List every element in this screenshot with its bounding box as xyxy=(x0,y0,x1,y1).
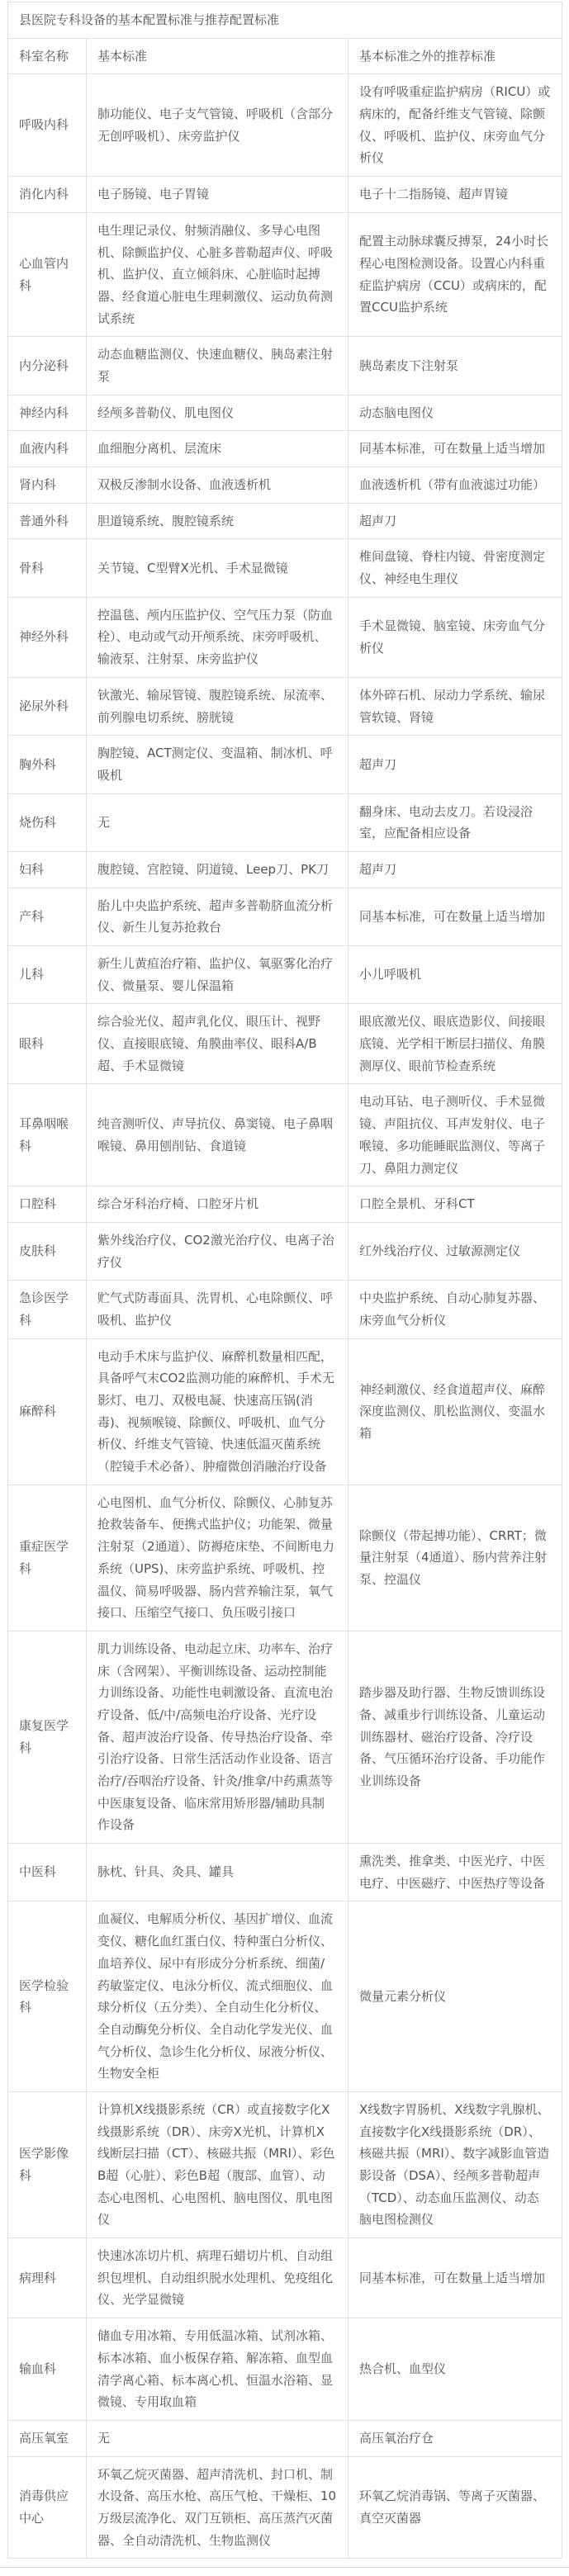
recommended-cell: 电子十二指肠镜、超声胃镜 xyxy=(349,177,562,213)
basic-cell: 综合牙科治疗椅、口腔牙片机 xyxy=(87,1186,349,1223)
table-row: 骨科 关节镜、C型臂X光机、手术显微镜 椎间盘镜、脊柱内镜、骨密度测定仪、神经电… xyxy=(8,539,562,597)
basic-cell: 心电图机、血气分析仪、除颤仪、心肺复苏抢救装备车、便携式监护仪；功能架、微量注射… xyxy=(87,1485,349,1631)
basic-cell: 快速冰冻切片机、病理石蜡切片机、自动组织包埋机、自动组织脱水处理机、免疫组化仪、… xyxy=(87,2238,349,2318)
dept-cell: 眼科 xyxy=(8,1004,87,1084)
table-row: 消化内科 电子肠镜、电子胃镜 电子十二指肠镜、超声胃镜 xyxy=(8,177,562,213)
table-body: 县医院专科设备的基本配置标准与推荐配置标准 科室名称 基本标准 基本标准之外的推… xyxy=(8,2,562,2559)
basic-cell: 胆道镜系统、腹腔镜系统 xyxy=(87,503,349,539)
recommended-cell: 血液透析机（带有血液滤过功能） xyxy=(349,467,562,504)
basic-cell: 贮气式防毒面具、洗胃机、心电除颤仪、呼吸机、监护仪 xyxy=(87,1281,349,1338)
dept-cell: 肾内科 xyxy=(8,467,87,504)
basic-cell: 环氧乙烷灭菌器、超声清洗机、封口机、制水设备、高压水枪、高压气枪、干燥柜、10万… xyxy=(87,2456,349,2559)
header-row: 科室名称 基本标准 基本标准之外的推荐标准 xyxy=(8,38,562,74)
recommended-cell: 熏洗类、推拿类、中医光疗、中医电疗、中医磁疗、中医热疗等设备 xyxy=(349,1844,562,1901)
table-row: 神经外科 控温毯、颅内压监护仪、空气压力泵（防血栓）、电动或气动开颅系统、床旁呼… xyxy=(8,597,562,677)
basic-cell: 血凝仪、电解质分析仪、基因扩增仪、血流变仪、糖化血红蛋白仪、特种蛋白分析仪、血培… xyxy=(87,1901,349,2092)
basic-cell: 无 xyxy=(87,793,349,851)
bottom-divider xyxy=(0,2567,569,2568)
recommended-cell: 除颤仪（带起搏功能）、CRRT；微量注射泵（4通道）、肠内营养注射泵、控温仪 xyxy=(349,1485,562,1631)
table-row: 内分泌科 动态血糖监测仪、快速血糖仪、胰岛素注射泵 胰岛素皮下注射泵 xyxy=(8,337,562,395)
recommended-cell: 超声刀 xyxy=(349,736,562,793)
dept-cell: 中医科 xyxy=(8,1844,87,1901)
dept-cell: 心血管内科 xyxy=(8,212,87,336)
recommended-cell: X线数字胃肠机、X线数字乳腺机、直接数字化X线摄影系统（DR）、核磁共振（MRI… xyxy=(349,2091,562,2237)
recommended-cell: 口腔全景机、牙科CT xyxy=(349,1186,562,1223)
dept-cell: 重症医学科 xyxy=(8,1485,87,1631)
dept-cell: 神经外科 xyxy=(8,597,87,677)
table-row: 康复医学科 肌力训练设备、电动起立床、功率车、治疗床（含网架）、平衡训练设备、运… xyxy=(8,1631,562,1843)
basic-cell: 脉枕、针具、灸具、罐具 xyxy=(87,1844,349,1901)
table-row: 产科 胎儿中央监护系统、超声多普勒脐血流分析仪、新生儿复苏抢救台 同基本标准，可… xyxy=(8,888,562,945)
dept-cell: 康复医学科 xyxy=(8,1631,87,1843)
recommended-cell: 椎间盘镜、脊柱内镜、骨密度测定仪、神经电生理仪 xyxy=(349,539,562,597)
table-row: 神经内科 经颅多普勒仪、肌电图仪 动态脑电图仪 xyxy=(8,395,562,431)
table-row: 医学影像科 计算机X线摄影系统（CR）或直接数字化X线摄影系统（DR）、床旁X光… xyxy=(8,2091,562,2237)
dept-cell: 泌尿外科 xyxy=(8,677,87,735)
equipment-table: 县医院专科设备的基本配置标准与推荐配置标准 科室名称 基本标准 基本标准之外的推… xyxy=(7,2,562,2559)
dept-cell: 耳鼻咽喉科 xyxy=(8,1084,87,1186)
table-row: 呼吸内科 肺功能仪、电子支气管镜、呼吸机（含部分无创呼吸机）、床旁监护仪 设有呼… xyxy=(8,74,562,177)
table-row: 医学检验科 血凝仪、电解质分析仪、基因扩增仪、血流变仪、糖化血红蛋白仪、特种蛋白… xyxy=(8,1901,562,2092)
table-row: 病理科 快速冰冻切片机、病理石蜡切片机、自动组织包埋机、自动组织脱水处理机、免疫… xyxy=(8,2238,562,2318)
table-row: 输血科 储血专用冰箱、专用低温冰箱、试剂冰箱、标本冰箱、血小板保存箱、解冻箱、血… xyxy=(8,2318,562,2421)
column-header-dept: 科室名称 xyxy=(8,38,87,74)
basic-cell: 储血专用冰箱、专用低温冰箱、试剂冰箱、标本冰箱、血小板保存箱、解冻箱、血型血清学… xyxy=(87,2318,349,2421)
table-row: 妇科 腹腔镜、宫腔镜、阴道镜、Leep刀、PK刀 超声刀 xyxy=(8,851,562,888)
basic-cell: 无 xyxy=(87,2420,349,2456)
dept-cell: 医学影像科 xyxy=(8,2091,87,2237)
dept-cell: 消毒供应中心 xyxy=(8,2456,87,2559)
table-title: 县医院专科设备的基本配置标准与推荐配置标准 xyxy=(8,2,562,39)
recommended-cell: 中央监护系统、自动心肺复苏器、床旁血气分析仪 xyxy=(349,1281,562,1338)
dept-cell: 烧伤科 xyxy=(8,793,87,851)
table-row: 肾内科 双极反渗制水设备、血液透析机 血液透析机（带有血液滤过功能） xyxy=(8,467,562,504)
basic-cell: 肌力训练设备、电动起立床、功率车、治疗床（含网架）、平衡训练设备、运动控制能力训… xyxy=(87,1631,349,1843)
title-row: 县医院专科设备的基本配置标准与推荐配置标准 xyxy=(8,2,562,39)
recommended-cell: 神经刺激仪、经食道超声仪、麻醉深度监测仪、肌松监测仪、变温水箱 xyxy=(349,1338,562,1485)
basic-cell: 双极反渗制水设备、血液透析机 xyxy=(87,467,349,504)
basic-cell: 关节镜、C型臂X光机、手术显微镜 xyxy=(87,539,349,597)
dept-cell: 高压氧室 xyxy=(8,2420,87,2456)
table-row: 消毒供应中心 环氧乙烷灭菌器、超声清洗机、封口机、制水设备、高压水枪、高压气枪、… xyxy=(8,2456,562,2559)
column-header-recommended: 基本标准之外的推荐标准 xyxy=(349,38,562,74)
dept-cell: 口腔科 xyxy=(8,1186,87,1223)
table-row: 口腔科 综合牙科治疗椅、口腔牙片机 口腔全景机、牙科CT xyxy=(8,1186,562,1223)
recommended-cell: 超声刀 xyxy=(349,503,562,539)
table-row: 皮肤科 紫外线治疗仪、CO2激光治疗仪、电离子治疗仪 红外线治疗仪、过敏源测定仪 xyxy=(8,1222,562,1280)
recommended-cell: 手术显微镜、脑室镜、床旁血气分析仪 xyxy=(349,597,562,677)
recommended-cell: 踏步器及助行器、生物反馈训练设备、减重步行训练设备、儿童运动训练器材、磁治疗设备… xyxy=(349,1631,562,1843)
table-row: 急诊医学科 贮气式防毒面具、洗胃机、心电除颤仪、呼吸机、监护仪 中央监护系统、自… xyxy=(8,1281,562,1338)
recommended-cell: 超声刀 xyxy=(349,851,562,888)
table-row: 普通外科 胆道镜系统、腹腔镜系统 超声刀 xyxy=(8,503,562,539)
dept-cell: 儿科 xyxy=(8,946,87,1004)
dept-cell: 内分泌科 xyxy=(8,337,87,395)
dept-cell: 血液内科 xyxy=(8,431,87,467)
dept-cell: 病理科 xyxy=(8,2238,87,2318)
dept-cell: 皮肤科 xyxy=(8,1222,87,1280)
recommended-cell: 同基本标准，可在数量上适当增加 xyxy=(349,2238,562,2318)
basic-cell: 新生儿黄疸治疗箱、监护仪、氧驱雾化治疗仪、微量泵、婴儿保温箱 xyxy=(87,946,349,1004)
table-row: 烧伤科 无 翻身床、电动去皮刀。若设浸浴室，应配备相应设备 xyxy=(8,793,562,851)
table-row: 血液内科 血细胞分离机、层流床 同基本标准，可在数量上适当增加 xyxy=(8,431,562,467)
basic-cell: 电动手术床与监护仪、麻醉机数量相匹配，具备呼气末CO2监测功能的麻醉机、手术无影… xyxy=(87,1338,349,1485)
dept-cell: 麻醉科 xyxy=(8,1338,87,1485)
dept-cell: 普通外科 xyxy=(8,503,87,539)
basic-cell: 电生理记录仪、射频消融仪、多导心电图机、除颤监护仪、心脏多普勒超声仪、呼吸机、监… xyxy=(87,212,349,336)
dept-cell: 妇科 xyxy=(8,851,87,888)
recommended-cell: 设有呼吸重症监护病房（RICU）或病床的，配备纤维支气管镜、除颤仪、呼吸机、监护… xyxy=(349,74,562,177)
recommended-cell: 高压氧治疗仓 xyxy=(349,2420,562,2456)
recommended-cell: 动态脑电图仪 xyxy=(349,395,562,431)
basic-cell: 肺功能仪、电子支气管镜、呼吸机（含部分无创呼吸机）、床旁监护仪 xyxy=(87,74,349,177)
recommended-cell: 热合机、血型仪 xyxy=(349,2318,562,2421)
table-row: 重症医学科 心电图机、血气分析仪、除颤仪、心肺复苏抢救装备车、便携式监护仪；功能… xyxy=(8,1485,562,1631)
basic-cell: 胎儿中央监护系统、超声多普勒脐血流分析仪、新生儿复苏抢救台 xyxy=(87,888,349,945)
basic-cell: 钬激光、输尿管镜、腹腔镜系统、尿流率、前列腺电切系统、膀胱镜 xyxy=(87,677,349,735)
recommended-cell: 微量元素分析仪 xyxy=(349,1901,562,2092)
recommended-cell: 眼底激光仪、眼底造影仪、间接眼底镜、光学相干断层扫描仪、角膜测厚仪、眼前节检查系… xyxy=(349,1004,562,1084)
recommended-cell: 电动耳钻、电子测听仪、手术显微镜、声阻抗仪、耳声发射仪、电子喉镜、多功能睡眠监测… xyxy=(349,1084,562,1186)
dept-cell: 神经内科 xyxy=(8,395,87,431)
basic-cell: 电子肠镜、电子胃镜 xyxy=(87,177,349,213)
recommended-cell: 红外线治疗仪、过敏源测定仪 xyxy=(349,1222,562,1280)
dept-cell: 骨科 xyxy=(8,539,87,597)
page: 县医院专科设备的基本配置标准与推荐配置标准 科室名称 基本标准 基本标准之外的推… xyxy=(0,2,569,2576)
basic-cell: 控温毯、颅内压监护仪、空气压力泵（防血栓）、电动或气动开颅系统、床旁呼吸机、输液… xyxy=(87,597,349,677)
table-row: 心血管内科 电生理记录仪、射频消融仪、多导心电图机、除颤监护仪、心脏多普勒超声仪… xyxy=(8,212,562,336)
dept-cell: 消化内科 xyxy=(8,177,87,213)
table-row: 泌尿外科 钬激光、输尿管镜、腹腔镜系统、尿流率、前列腺电切系统、膀胱镜 体外碎石… xyxy=(8,677,562,735)
recommended-cell: 同基本标准，可在数量上适当增加 xyxy=(349,888,562,945)
recommended-cell: 环氧乙烷消毒锅、等离子灭菌器、真空灭菌器 xyxy=(349,2456,562,2559)
dept-cell: 呼吸内科 xyxy=(8,74,87,177)
recommended-cell: 翻身床、电动去皮刀。若设浸浴室，应配备相应设备 xyxy=(349,793,562,851)
basic-cell: 动态血糖监测仪、快速血糖仪、胰岛素注射泵 xyxy=(87,337,349,395)
table-row: 麻醉科 电动手术床与监护仪、麻醉机数量相匹配，具备呼气末CO2监测功能的麻醉机、… xyxy=(8,1338,562,1485)
dept-cell: 医学检验科 xyxy=(8,1901,87,2092)
table-row: 高压氧室 无 高压氧治疗仓 xyxy=(8,2420,562,2456)
basic-cell: 紫外线治疗仪、CO2激光治疗仪、电离子治疗仪 xyxy=(87,1222,349,1280)
basic-cell: 计算机X线摄影系统（CR）或直接数字化X线摄影系统（DR）、床旁X光机、计算机X… xyxy=(87,2091,349,2237)
column-header-basic: 基本标准 xyxy=(87,38,349,74)
basic-cell: 血细胞分离机、层流床 xyxy=(87,431,349,467)
recommended-cell: 胰岛素皮下注射泵 xyxy=(349,337,562,395)
recommended-cell: 小儿呼吸机 xyxy=(349,946,562,1004)
dept-cell: 急诊医学科 xyxy=(8,1281,87,1338)
basic-cell: 经颅多普勒仪、肌电图仪 xyxy=(87,395,349,431)
table-row: 耳鼻咽喉科 纯音测听仪、声导抗仪、鼻窦镜、电子鼻咽喉镜、鼻用刨削钻、食道镜 电动… xyxy=(8,1084,562,1186)
table-row: 胸外科 胸腔镜、ACT测定仪、变温箱、制冰机、呼吸机 超声刀 xyxy=(8,736,562,793)
basic-cell: 腹腔镜、宫腔镜、阴道镜、Leep刀、PK刀 xyxy=(87,851,349,888)
dept-cell: 胸外科 xyxy=(8,736,87,793)
basic-cell: 胸腔镜、ACT测定仪、变温箱、制冰机、呼吸机 xyxy=(87,736,349,793)
recommended-cell: 配置主动脉球囊反搏泵，24小时长程心电图检测设备。设置心内科重症监护病房（CCU… xyxy=(349,212,562,336)
table-row: 中医科 脉枕、针具、灸具、罐具 熏洗类、推拿类、中医光疗、中医电疗、中医磁疗、中… xyxy=(8,1844,562,1901)
basic-cell: 综合验光仪、超声乳化仪、眼压计、视野仪、直接眼底镜、角膜曲率仪、眼科A/B超、手… xyxy=(87,1004,349,1084)
recommended-cell: 体外碎石机、尿动力学系统、输尿管软镜、肾镜 xyxy=(349,677,562,735)
recommended-cell: 同基本标准，可在数量上适当增加 xyxy=(349,431,562,467)
dept-cell: 输血科 xyxy=(8,2318,87,2421)
basic-cell: 纯音测听仪、声导抗仪、鼻窦镜、电子鼻咽喉镜、鼻用刨削钻、食道镜 xyxy=(87,1084,349,1186)
table-row: 眼科 综合验光仪、超声乳化仪、眼压计、视野仪、直接眼底镜、角膜曲率仪、眼科A/B… xyxy=(8,1004,562,1084)
table-row: 儿科 新生儿黄疸治疗箱、监护仪、氧驱雾化治疗仪、微量泵、婴儿保温箱 小儿呼吸机 xyxy=(8,946,562,1004)
dept-cell: 产科 xyxy=(8,888,87,945)
